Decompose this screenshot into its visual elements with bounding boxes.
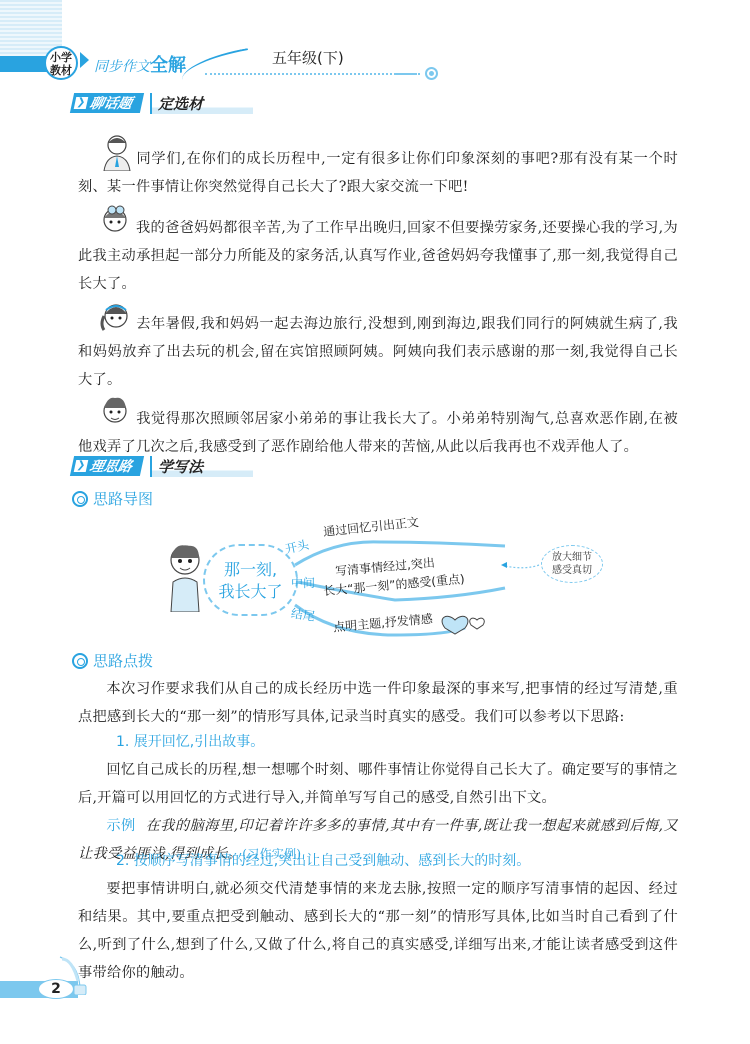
section-tag: ❯理思路 xyxy=(70,456,144,476)
dotted-divider xyxy=(205,73,420,75)
mindmap-heading-label: 思路导图 xyxy=(93,488,153,509)
section-subtitle: 定选材 xyxy=(150,93,253,114)
grade-label: 五年级(下) xyxy=(272,47,344,68)
girl-headband-avatar-icon xyxy=(98,298,132,336)
dialogue-girl-goggles: 我的爸爸妈妈都很辛苦,为了工作早出晚归,回家不但要操劳家务,还要操心我的学习,为… xyxy=(78,202,678,298)
series-title: 同步作文全解 xyxy=(94,51,186,77)
note-line1: 放大细节 xyxy=(542,551,602,564)
series-title-emphasis: 全解 xyxy=(150,55,186,76)
tips-heading-label: 思路点拨 xyxy=(93,650,153,671)
tips-heading: 思路点拨 xyxy=(72,650,153,671)
section-header-topic: ❯聊话题 定选材 xyxy=(72,92,253,114)
branch-label-ending: 结尾 xyxy=(290,604,316,624)
dialogue-text: 去年暑假,我和妈妈一起去海边旅行,没想到,刚到海边,跟我们同行的阿姨就生病了,我… xyxy=(78,316,678,388)
section-tag: ❯聊话题 xyxy=(70,93,144,113)
step1-text: 回忆自己成长的历程,想一想哪个时刻、哪件事情让你觉得自己长大了。确定要写的事情之… xyxy=(78,756,678,812)
section-subtitle: 学写法 xyxy=(150,456,253,477)
page-number: 2 xyxy=(38,979,74,999)
section-tag-label: 聊话题 xyxy=(88,93,134,113)
swoosh-decoration xyxy=(179,48,251,80)
mind-map: 那一刻, 我长大了 开头 通过回忆引出正文 中间 写清事情经过,突出 长大“那一… xyxy=(165,510,665,645)
mindmap-center: 那一刻, 我长大了 xyxy=(203,544,298,616)
section-header-thinking: ❯理思路 学写法 xyxy=(72,455,253,477)
example-label: 示例 xyxy=(106,818,135,834)
note-line2: 感受真切 xyxy=(542,564,602,577)
chevron-right-icon: ❯ xyxy=(74,460,89,472)
textbook-logo: 小学 教材 xyxy=(44,46,78,80)
dialogue-text: 我觉得那次照顾邻居家小弟弟的事让我长大了。小弟弟特别淘气,总喜欢恶作剧,在被他戏… xyxy=(78,411,678,455)
dialogue-text: 我的爸爸妈妈都很辛苦,为了工作早出晚归,回家不但要操劳家务,还要操心我的学习,为… xyxy=(78,220,678,292)
mindmap-center-line2: 我长大了 xyxy=(205,581,296,603)
tips-intro: 本次习作要求我们从自己的成长经历中选一件印象最深的事来写,把事情的经过写清楚,重… xyxy=(78,675,678,731)
logo-line2: 教材 xyxy=(46,64,76,77)
logo-line1: 小学 xyxy=(46,51,76,64)
solid-divider xyxy=(395,73,417,75)
section-tag-label: 理思路 xyxy=(88,456,134,476)
target-icon xyxy=(72,653,88,669)
branch-label-middle: 中间 xyxy=(291,574,315,591)
dialogue-teacher: 同学们,在你们的成长历程中,一定有很多让你们印象深刻的事吧?那有没有某一个时刻、… xyxy=(78,133,678,201)
step1-title: 1. 展开回忆,引出故事。 xyxy=(116,731,264,751)
target-icon xyxy=(72,491,88,507)
girl-goggles-avatar-icon xyxy=(98,202,132,240)
mindmap-note-bubble: 放大细节 感受真切 xyxy=(541,545,603,583)
series-title-prefix: 同步作文 xyxy=(94,59,150,75)
mindmap-center-line1: 那一刻, xyxy=(205,559,296,581)
dialogue-boy: 我觉得那次照顾邻居家小弟弟的事让我长大了。小弟弟特别淘气,总喜欢恶作剧,在被他戏… xyxy=(78,393,678,461)
step2-text: 要把事情讲明白,就必须交代清楚事情的来龙去脉,按照一定的顺序写清事情的起因、经过… xyxy=(78,875,678,987)
target-dot-icon xyxy=(425,67,438,80)
chevron-right-icon: ❯ xyxy=(74,97,89,109)
step2-title: 2. 按顺序写清事情的经过,突出让自己受到触动、感到长大的时刻。 xyxy=(116,850,530,870)
teacher-avatar-icon xyxy=(98,133,132,171)
boy-avatar-icon xyxy=(98,393,132,431)
dialogue-text: 同学们,在你们的成长历程中,一定有很多让你们印象深刻的事吧?那有没有某一个时刻、… xyxy=(78,151,678,195)
mindmap-heading: 思路导图 xyxy=(72,488,153,509)
arrow-right-icon xyxy=(80,52,89,68)
dialogue-girl-headband: 去年暑假,我和妈妈一起去海边旅行,没想到,刚到海边,跟我们同行的阿姨就生病了,我… xyxy=(78,298,678,394)
